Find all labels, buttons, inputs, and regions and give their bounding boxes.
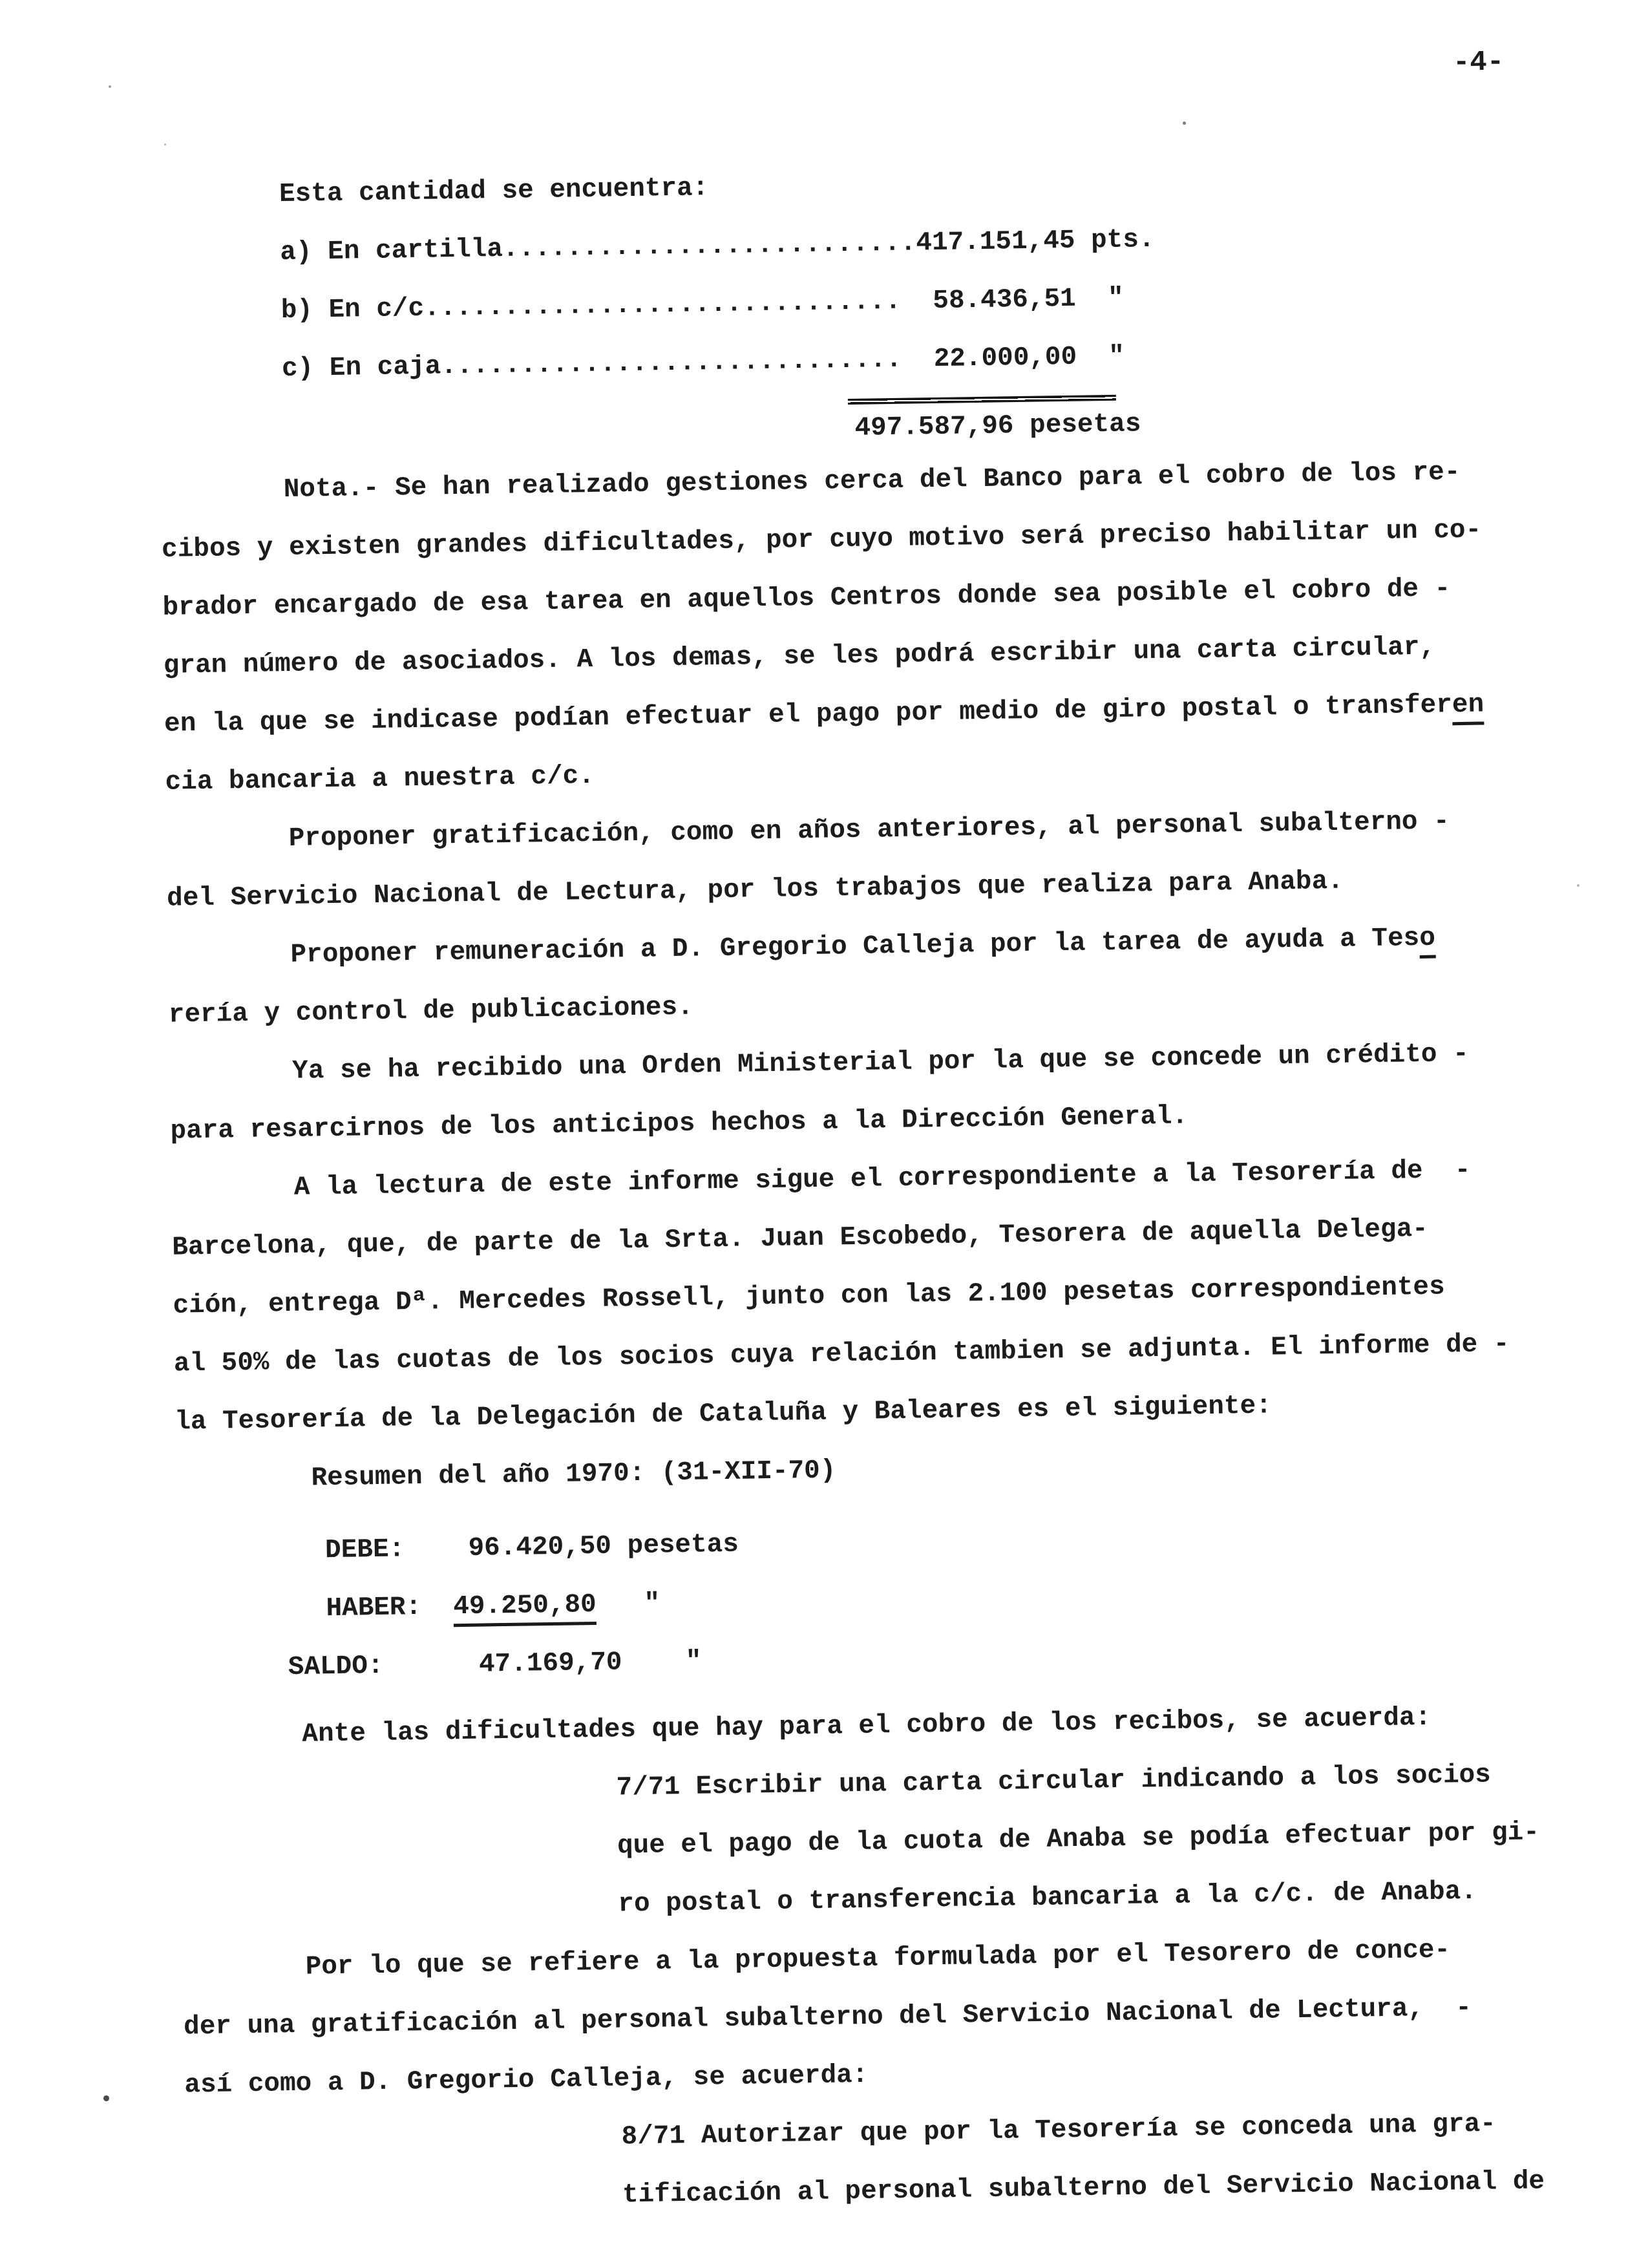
scan-speck (103, 2095, 109, 2101)
text-segment: SALDO: 47.169,70 " (288, 1647, 702, 1682)
text-segment: c) En caja............................. … (282, 342, 1125, 384)
text-segment: cibos y existen grandes dificultades, po… (162, 515, 1482, 564)
text-segment: " (596, 1589, 660, 1620)
propuesta-tesorero-paragraph: Por lo que se refiere a la propuesta for… (182, 1920, 1548, 2114)
text-segment: Ya se ha recibido una Orden Ministerial … (292, 1039, 1469, 1086)
text-segment: del Servicio Nacional de Lectura, por lo… (167, 867, 1344, 914)
text-segment: DEBE: 96.420,50 pesetas (325, 1530, 739, 1565)
underlined-segment: en (1452, 690, 1484, 725)
text-segment: ro postal o transferencia bancaria a la … (618, 1877, 1477, 1920)
text-segment: Proponer remuneración a D. Gregorio Call… (290, 924, 1419, 970)
text-segment: en la que se indicase podían efectuar el… (164, 690, 1452, 739)
orden-ministerial-paragraph: Ya se ha recibido una Orden Ministerial … (169, 1024, 1534, 1160)
accounts-summary: DEBE: 96.420,50 pesetasHABER: 49.250,80 … (176, 1503, 1543, 1698)
text-segment: Proponer gratificación, como en años ant… (289, 807, 1450, 854)
text-segment: que el pago de la cuota de Anaba se podí… (617, 1818, 1540, 1861)
text-segment: para resarcirnos de los anticipos hechos… (170, 1101, 1188, 1146)
paragraph-blocks: Nota.- Se han realizado gestiones cerca … (160, 442, 1550, 2231)
text-segment: Resumen del año 1970: (31-XII-70) (311, 1456, 836, 1493)
text-segment: Ante las dificultades que hay para el co… (302, 1703, 1431, 1750)
acuerdo-8-71: 8/71 Autorizar que por la Tesorería se c… (185, 2094, 1550, 2231)
breakdown-list: a) En cartilla..........................… (157, 206, 1523, 400)
text-segment: tificación al personal subalterno del Se… (622, 2167, 1545, 2210)
page-number: -4- (1453, 46, 1505, 79)
text-segment: al 50% de las cuotas de los socios cuya … (174, 1330, 1510, 1379)
text-segment: a) En cartilla..........................… (280, 225, 1155, 268)
text-segment: Por lo que se refiere a la propuesta for… (305, 1935, 1450, 1982)
underlined-segment: 49.250,80 (453, 1590, 597, 1627)
text-segment: gran número de asociados. A los demas, s… (164, 633, 1436, 681)
scan-speck (109, 85, 111, 88)
text-segment: rería y control de publicaciones. (169, 993, 694, 1030)
text-segment: der una gratificación al personal subalt… (184, 1993, 1472, 2042)
document-body: Esta cantidad se encuentra: a) En cartil… (156, 147, 1550, 2231)
text-segment: así como a D. Gregorio Calleja, se acuer… (184, 2061, 869, 2101)
text-segment: 7/71 Escribir una carta circular indican… (616, 1760, 1491, 1803)
remuneracion-paragraph: Proponer remuneración a D. Gregorio Call… (167, 907, 1532, 1044)
scan-speck (1183, 122, 1186, 125)
text-segment: HABER: (326, 1592, 454, 1624)
underlined-segment: o (1419, 924, 1435, 959)
gratificacion-paragraph: Proponer gratificación, como en años ant… (165, 791, 1530, 927)
text-segment: la Tesorería de la Delegación de Cataluñ… (174, 1391, 1272, 1437)
scan-speck (1577, 884, 1579, 887)
scanned-document-page: -4- Esta cantidad se encuentra: a) En ca… (0, 0, 1648, 2268)
nota-paragraph: Nota.- Se han realizado gestiones cerca … (160, 442, 1529, 811)
scan-speck (164, 143, 166, 145)
acuerdo-7-71: 7/71 Escribir una carta circular indican… (180, 1745, 1546, 1940)
text-segment: brador encargado de esa tarea en aquello… (162, 574, 1450, 623)
text-segment: Nota.- Se han realizado gestiones cerca … (284, 458, 1461, 505)
text-segment: Barcelona, que, de parte de la Srta. Jua… (172, 1214, 1428, 1263)
text-segment: cia bancaria a nuestra c/c. (165, 761, 595, 798)
text-segment: A la lectura de este informe sigue el co… (294, 1156, 1471, 1203)
tesoreria-barcelona-paragraph: A la lectura de este informe sigue el co… (171, 1140, 1538, 1451)
text-segment: b) En c/c.............................. … (280, 284, 1124, 326)
text-segment: 8/71 Autorizar que por la Tesorería se c… (621, 2109, 1496, 2152)
text-segment: ción, entrega Dª. Mercedes Rossell, junt… (173, 1272, 1445, 1320)
